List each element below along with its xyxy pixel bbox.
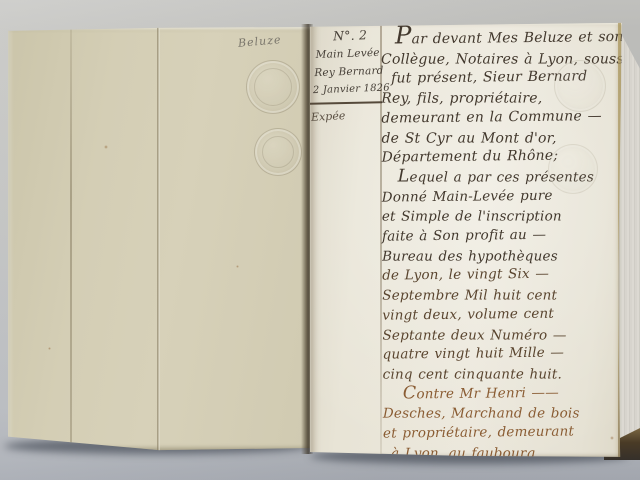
margin-note-block: N°. 2Main LevéeRey Bernard2 Janvier 1826 [311,26,381,100]
margin-separator-line [308,101,382,105]
foxing-spot [48,347,51,350]
margin-note-line: N°. 2 [333,26,380,46]
margin-note-line: Rey Bernard [314,62,381,82]
expedition-note: Expée [311,109,346,124]
manuscript-line: vingt deux, volume cent [382,304,620,326]
manuscript-line: faite à Son profit au — [382,225,620,247]
embossed-seal [246,60,300,114]
manuscript-photo: Beluze N°. 2Main LevéeRey Bernard2 Janvi… [0,0,640,480]
embossed-seal-ghost [554,60,606,112]
notary-act-page: N°. 2Main LevéeRey Bernard2 Janvier 1826… [310,22,622,459]
embossed-seal [254,128,302,176]
left-blank-pages: Beluze [8,27,310,451]
margin-note-line: 2 Janvier 1826 [313,80,382,100]
manuscript-line: quatre vingt huit Mille — [382,343,620,365]
foxing-spot [610,436,614,440]
margin-note-line: Main Levée [315,44,380,64]
manuscript-line: cinq cent cinquante huit. [383,365,621,385]
manuscript-line: et propriétaire, demeurant [383,422,621,444]
foxing-spot [236,265,239,268]
foxing-spot [263,467,267,471]
manuscript-line: de Lyon, le vingt Six — [382,264,620,286]
pencil-note: Beluze [238,33,282,50]
foxing-spot [104,145,108,149]
embossed-seal-ghost [548,144,598,194]
fold-line [70,27,72,451]
manuscript-line: Contre Mr Henri —— [403,383,621,405]
manuscript-line: Par devant Mes Beluze et son [395,24,619,50]
page-fold-edge [157,27,160,451]
